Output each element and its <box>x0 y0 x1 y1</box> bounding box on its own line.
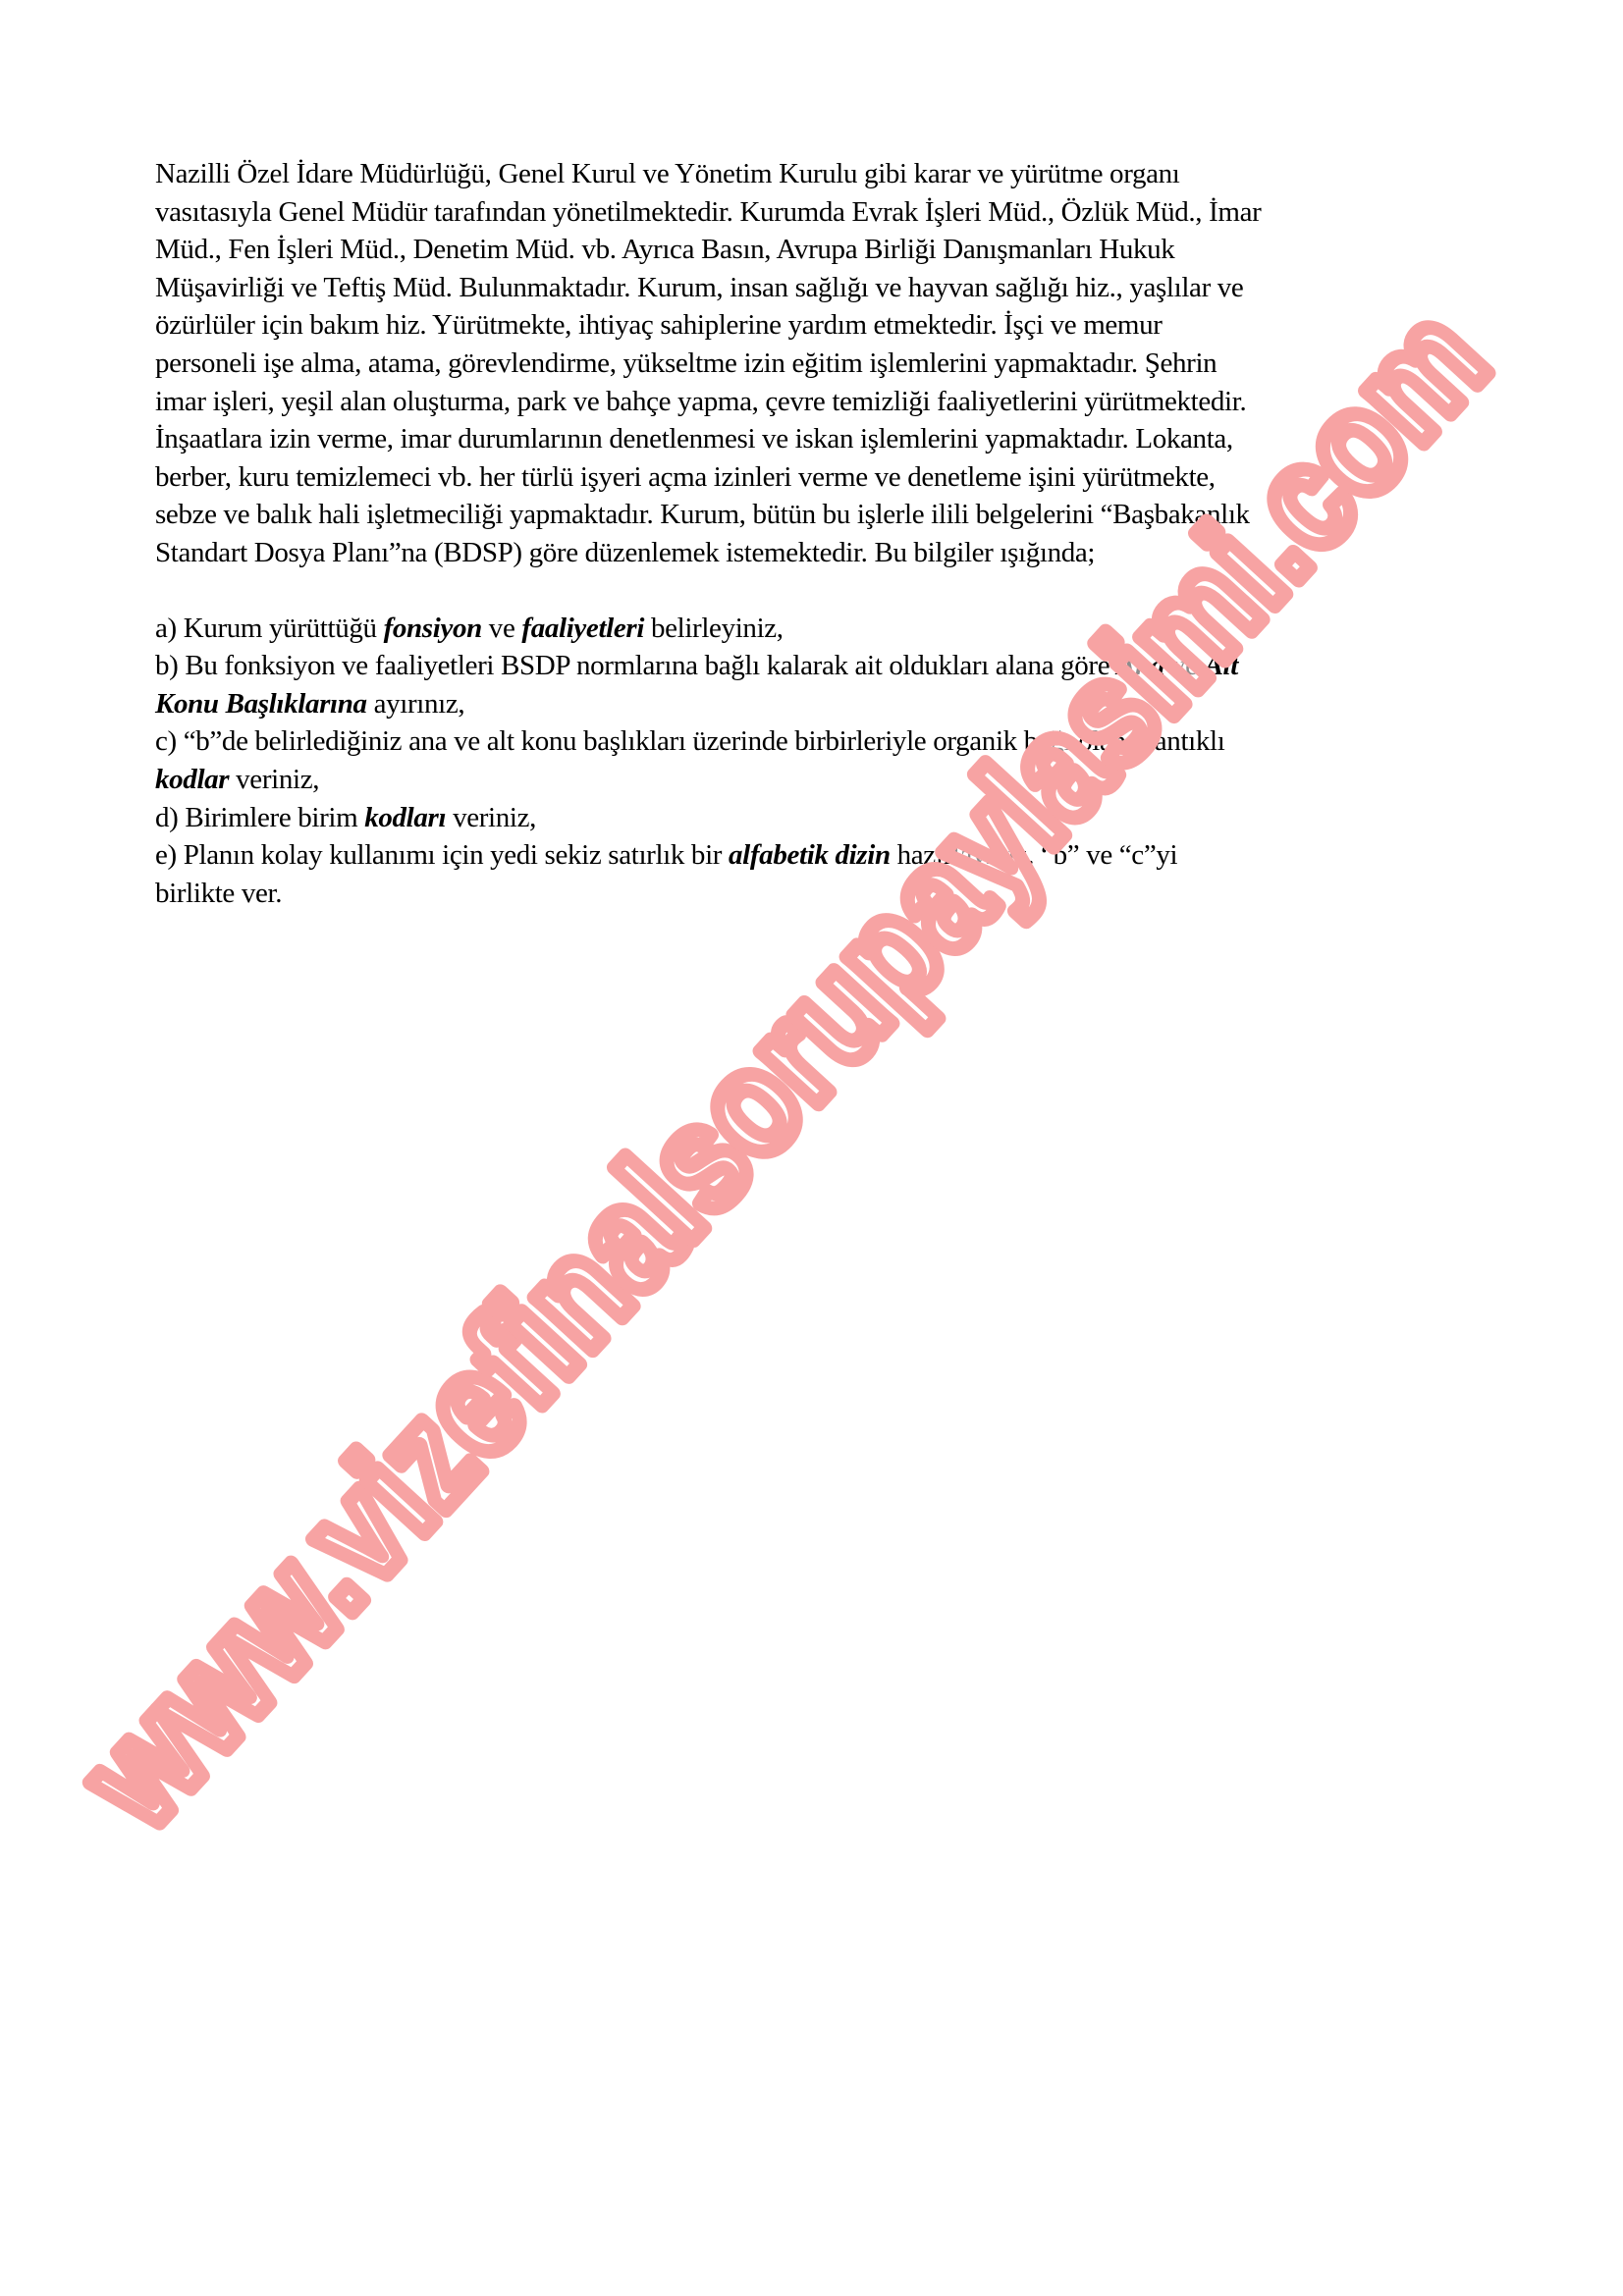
intro-line: imar işleri, yeşil alan oluşturma, park … <box>155 383 1481 421</box>
question-text: veriniz, <box>229 764 319 795</box>
question-text: e) Planın kolay kullanımı için yedi seki… <box>155 839 729 871</box>
intro-line: özürlüler için bakım hiz. Yürütmekte, ih… <box>155 306 1481 345</box>
intro-line: Müşavirliği ve Teftiş Müd. Bulunmaktadır… <box>155 269 1481 307</box>
question-b: b) Bu fonksiyon ve faaliyetleri BSDP nor… <box>155 647 1481 685</box>
intro-line: berber, kuru temizlemeci vb. her türlü i… <box>155 458 1481 497</box>
emphasis-term: faaliyetleri <box>521 613 644 644</box>
emphasis-term: Alt <box>1205 650 1238 681</box>
question-b-continued: Konu Başlıklarına ayırınız, <box>155 685 1481 723</box>
question-text: belirleyiniz, <box>644 613 784 644</box>
intro-line: İnşaatlara izin verme, imar durumlarının… <box>155 420 1481 458</box>
question-text: ve <box>482 613 521 644</box>
document-body: Nazilli Özel İdare Müdürlüğü, Genel Kuru… <box>155 155 1481 912</box>
intro-paragraph: Nazilli Özel İdare Müdürlüğü, Genel Kuru… <box>155 155 1481 572</box>
question-d: d) Birimlere birim kodları veriniz, <box>155 799 1481 837</box>
paragraph-spacer <box>155 572 1481 610</box>
question-text: veriniz, <box>446 802 536 833</box>
question-text: d) Birimlere birim <box>155 802 364 833</box>
intro-line: Standart Dosya Planı”na (BDSP) göre düze… <box>155 534 1481 572</box>
intro-line: Müd., Fen İşleri Müd., Denetim Müd. vb. … <box>155 231 1481 269</box>
emphasis-term: alfabetik dizin <box>729 839 891 871</box>
intro-line: Nazilli Özel İdare Müdürlüğü, Genel Kuru… <box>155 155 1481 193</box>
question-e-continued: birlikte ver. <box>155 875 1481 913</box>
question-c: c) “b”de belirlediğiniz ana ve alt konu … <box>155 722 1481 761</box>
question-text: a) Kurum yürüttüğü <box>155 613 384 644</box>
question-text: hazırlayınız. “b” ve “c”yi <box>891 839 1177 871</box>
emphasis-term: fonsiyon <box>384 613 482 644</box>
intro-line: sebze ve balık hali işletmeciliği yapmak… <box>155 496 1481 534</box>
question-e: e) Planın kolay kullanımı için yedi seki… <box>155 836 1481 875</box>
question-c-continued: kodlar veriniz, <box>155 761 1481 799</box>
intro-line: vasıtasıyla Genel Müdür tarafından yönet… <box>155 193 1481 232</box>
question-text: b) Bu fonksiyon ve faaliyetleri BSDP nor… <box>155 650 1116 681</box>
question-text: ayırınız, <box>367 688 465 720</box>
emphasis-term: Ana <box>1116 650 1164 681</box>
intro-line: personeli işe alma, atama, görevlendirme… <box>155 345 1481 383</box>
emphasis-term: Konu Başlıklarına <box>155 688 367 720</box>
question-a: a) Kurum yürüttüğü fonsiyon ve faaliyetl… <box>155 610 1481 648</box>
emphasis-term: kodlar <box>155 764 229 795</box>
emphasis-term: kodları <box>364 802 446 833</box>
question-list: a) Kurum yürüttüğü fonsiyon ve faaliyetl… <box>155 610 1481 913</box>
question-text: ve <box>1164 650 1204 681</box>
document-page: Nazilli Özel İdare Müdürlüğü, Genel Kuru… <box>0 0 1623 2296</box>
